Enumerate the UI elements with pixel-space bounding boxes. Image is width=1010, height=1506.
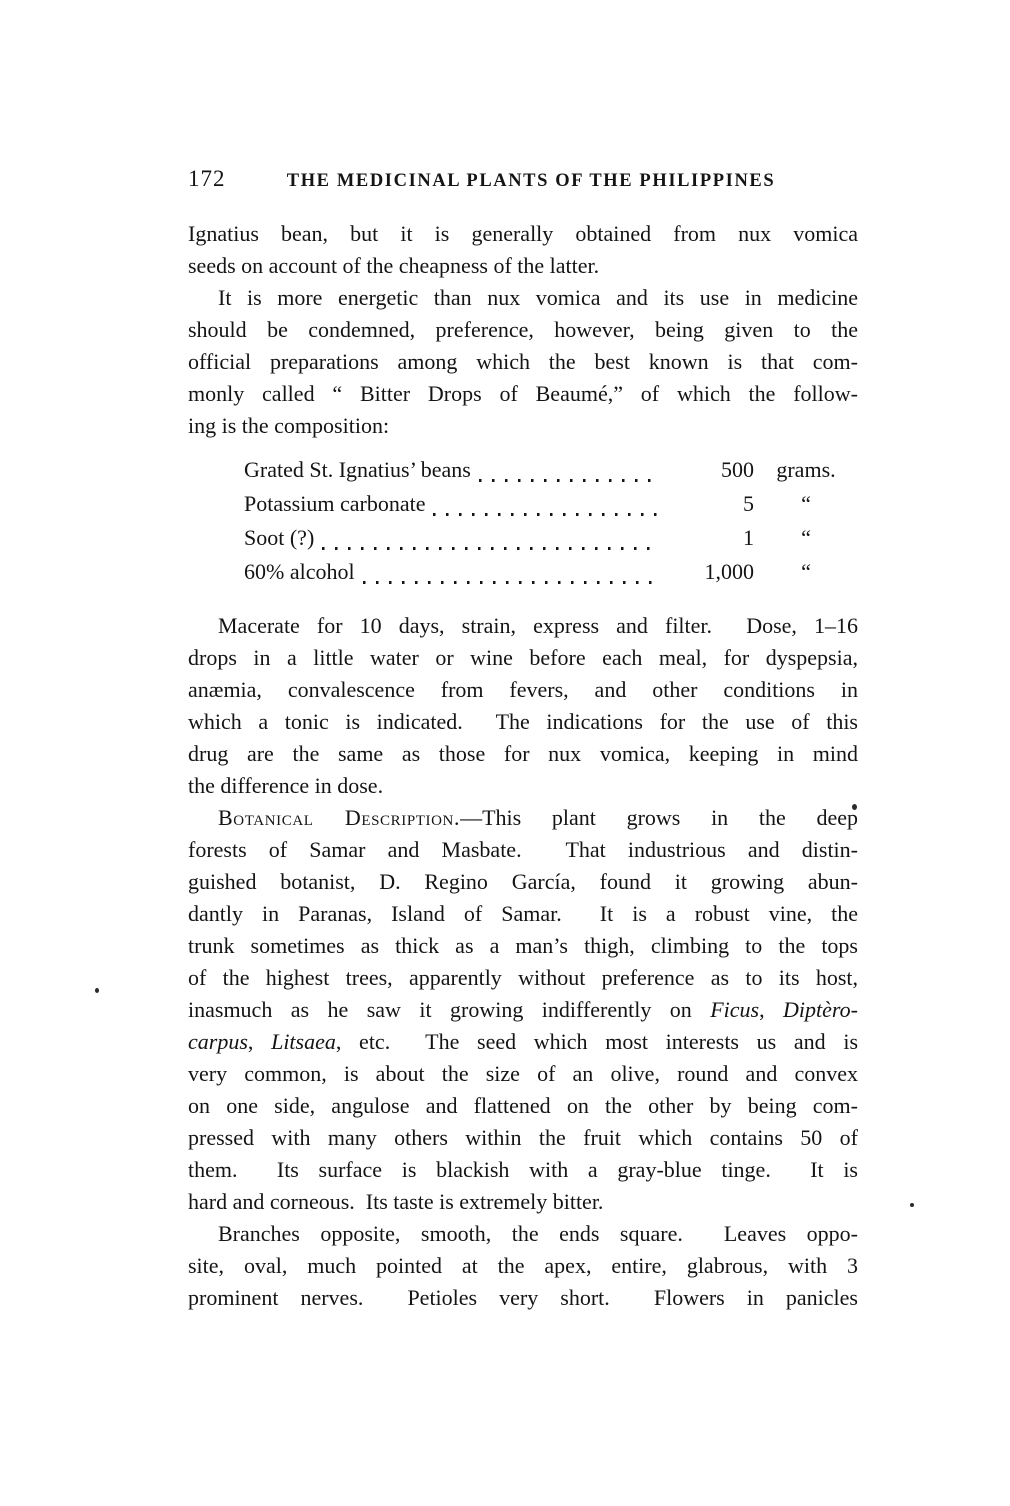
composition-table: Grated St. Ignatius’ beans500grams.Potas… <box>244 457 858 593</box>
text-line: prominent nerves. Petioles very short. F… <box>188 1282 858 1314</box>
ingredient-unit: “ <box>754 491 858 517</box>
ingredient-amount: 1 <box>666 525 754 551</box>
text-line: guished botanist, D. Regino García, foun… <box>188 866 858 898</box>
paragraph: Botanical Description.—This plant grows … <box>188 802 858 1218</box>
running-title: THE MEDICINAL PLANTS OF THE PHILIPPINES <box>270 171 858 192</box>
text-line: drops in a little water or wine before e… <box>188 642 858 674</box>
text-line: the difference in dose. <box>188 770 858 802</box>
text-segment: of the highest trees, apparently without… <box>188 965 858 990</box>
text-line: should be condemned, preference, however… <box>188 314 858 346</box>
text-segment: inasmuch as he saw it growing indifferen… <box>188 997 710 1022</box>
text-segment: drops in a little water or wine before e… <box>188 645 858 670</box>
text-segment: forests of Samar and Masbate. That indus… <box>188 837 858 862</box>
text-segment: drug are the same as those for nux vomic… <box>188 741 858 766</box>
text-line: monly called “ Bitter Drops of Beaumé,” … <box>188 378 858 410</box>
composition-row: Potassium carbonate5“ <box>244 491 858 525</box>
scan-speck <box>910 1203 914 1207</box>
ingredient-name: 60% alcohol <box>244 559 355 585</box>
text-segment: , <box>759 997 783 1022</box>
text-segment: Diptèro- <box>783 997 858 1022</box>
text-line: very common, is about the size of an oli… <box>188 1058 858 1090</box>
text-line: pressed with many others within the frui… <box>188 1122 858 1154</box>
text-segment: prominent nerves. Petioles very short. F… <box>188 1285 858 1310</box>
text-segment: site, oval, much pointed at the apex, en… <box>188 1253 858 1278</box>
text-line: Ignatius bean, but it is generally obtai… <box>188 218 858 250</box>
text-line: official preparations among which the be… <box>188 346 858 378</box>
dot-leader <box>479 479 658 482</box>
text-segment: dantly in Paranas, Island of Samar. It i… <box>188 901 858 926</box>
text-segment: trunk sometimes as thick as a man’s thig… <box>188 933 858 958</box>
paragraph: Ignatius bean, but it is generally obtai… <box>188 218 858 282</box>
text-segment: monly called “ Bitter Drops of Beaumé,” … <box>188 381 858 406</box>
ingredient-amount: 1,000 <box>666 559 754 585</box>
text-segment: carpus <box>188 1029 248 1054</box>
text-segment: very common, is about the size of an oli… <box>188 1061 858 1086</box>
text-line: on one side, angulose and flattened on t… <box>188 1090 858 1122</box>
ingredient-unit: grams. <box>754 457 858 483</box>
page-body: Ignatius bean, but it is generally obtai… <box>188 218 858 1314</box>
text-line: anæmia, convalescence from fevers, and o… <box>188 674 858 706</box>
text-line: of the highest trees, apparently without… <box>188 962 858 994</box>
ingredient-unit: “ <box>754 559 858 585</box>
text-segment: , etc. The seed which most interests us … <box>336 1029 858 1054</box>
text-segment: Branches opposite, smooth, the ends squa… <box>218 1221 858 1246</box>
text-segment: It is more energetic than nux vomica and… <box>218 285 858 310</box>
text-line: Botanical Description.—This plant grows … <box>188 802 858 834</box>
dot-leader <box>433 513 658 516</box>
text-line: Branches opposite, smooth, the ends squa… <box>188 1218 858 1250</box>
text-segment: guished botanist, D. Regino García, foun… <box>188 869 858 894</box>
text-line: ing is the composition: <box>188 410 858 442</box>
dot-leader <box>363 581 658 584</box>
paragraph: Branches opposite, smooth, the ends squa… <box>188 1218 858 1314</box>
text-segment: pressed with many others within the frui… <box>188 1125 858 1150</box>
page-number: 172 <box>188 166 270 192</box>
page-header: 172 THE MEDICINAL PLANTS OF THE PHILIPPI… <box>188 166 858 192</box>
ingredient-amount: 5 <box>666 491 754 517</box>
text-segment: , <box>248 1029 271 1054</box>
text-line: inasmuch as he saw it growing indifferen… <box>188 994 858 1026</box>
text-segment: the difference in dose. <box>188 773 383 798</box>
text-segment: ing is the composition: <box>188 413 389 438</box>
scan-speck <box>852 804 857 810</box>
text-segment: should be condemned, preference, however… <box>188 317 858 342</box>
text-line: It is more energetic than nux vomica and… <box>188 282 858 314</box>
text-segment: —This plant grows in the deep <box>460 805 858 830</box>
ingredient-name: Soot (?) <box>244 525 314 551</box>
text-line: dantly in Paranas, Island of Samar. It i… <box>188 898 858 930</box>
scan-speck <box>95 988 99 993</box>
text-segment: on one side, angulose and flattened on t… <box>188 1093 858 1118</box>
text-line: Macerate for 10 days, strain, express an… <box>188 610 858 642</box>
text-segment: them. Its surface is blackish with a gra… <box>188 1157 858 1182</box>
ingredient-name: Grated St. Ignatius’ beans <box>244 457 471 483</box>
text-segment: hard and corneous. Its taste is extremel… <box>188 1189 603 1214</box>
text-line: drug are the same as those for nux vomic… <box>188 738 858 770</box>
text-segment: which a tonic is indicated. The indicati… <box>188 709 858 734</box>
ingredient-unit: “ <box>754 525 858 551</box>
text-segment: Ignatius bean, but it is generally obtai… <box>188 221 858 246</box>
text-line: seeds on account of the cheapness of the… <box>188 250 858 282</box>
ingredient-amount: 500 <box>666 457 754 483</box>
text-line: forests of Samar and Masbate. That indus… <box>188 834 858 866</box>
text-segment: Litsaea <box>271 1029 336 1054</box>
text-line: trunk sometimes as thick as a man’s thig… <box>188 930 858 962</box>
paragraph: It is more energetic than nux vomica and… <box>188 282 858 442</box>
ingredient-name: Potassium carbonate <box>244 491 425 517</box>
dot-leader <box>322 547 658 550</box>
text-segment: official preparations among which the be… <box>188 349 858 374</box>
composition-row: 60% alcohol1,000“ <box>244 559 858 593</box>
text-line: site, oval, much pointed at the apex, en… <box>188 1250 858 1282</box>
composition-row: Soot (?)1“ <box>244 525 858 559</box>
text-segment: Ficus <box>710 997 759 1022</box>
text-line: hard and corneous. Its taste is extremel… <box>188 1186 858 1218</box>
text-line: carpus, Litsaea, etc. The seed which mos… <box>188 1026 858 1058</box>
book-page: 172 THE MEDICINAL PLANTS OF THE PHILIPPI… <box>0 0 1010 1506</box>
text-segment: Macerate for 10 days, strain, express an… <box>218 613 858 638</box>
text-line: them. Its surface is blackish with a gra… <box>188 1154 858 1186</box>
composition-row: Grated St. Ignatius’ beans500grams. <box>244 457 858 491</box>
text-line: which a tonic is indicated. The indicati… <box>188 706 858 738</box>
text-segment: anæmia, convalescence from fevers, and o… <box>188 677 858 702</box>
paragraph: Macerate for 10 days, strain, express an… <box>188 610 858 802</box>
text-segment: Botanical Description. <box>218 805 460 830</box>
text-segment: seeds on account of the cheapness of the… <box>188 253 599 278</box>
